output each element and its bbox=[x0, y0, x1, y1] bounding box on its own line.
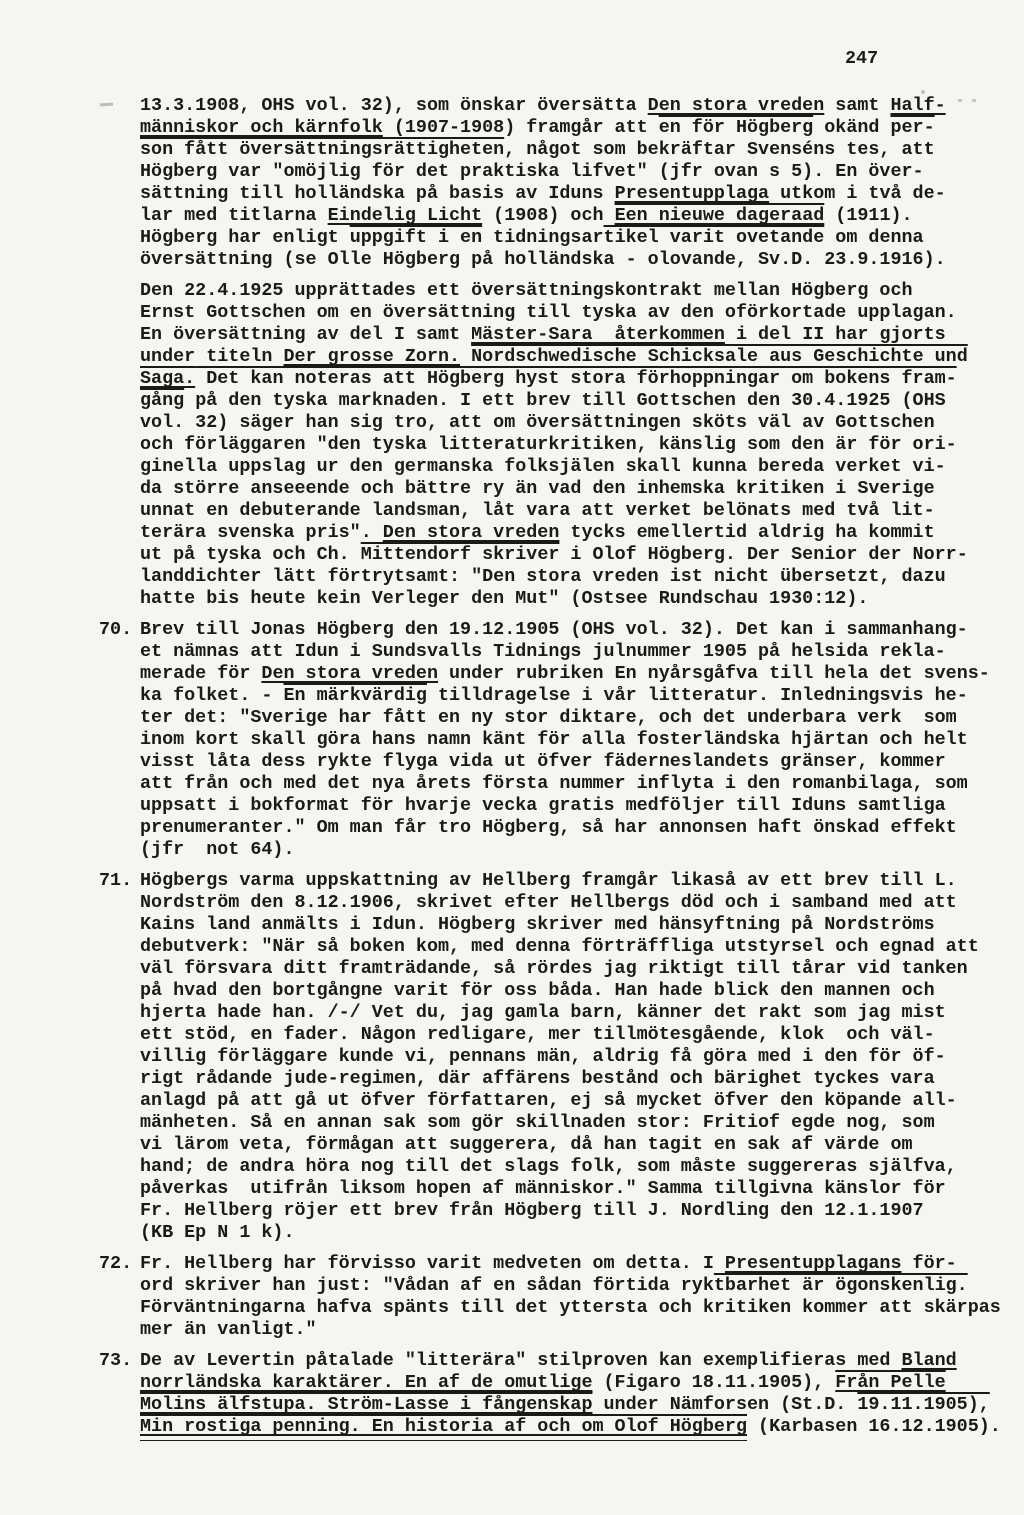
text-segment: mer än vanligt." bbox=[140, 1319, 317, 1340]
text-line: mer än vanligt." bbox=[140, 1319, 1014, 1341]
text-segment: tilldragelse i vår litteratur. Inledning… bbox=[427, 685, 968, 706]
text-segment: uppsatt i bokformat för hvarje vecka gra… bbox=[140, 795, 946, 816]
text-segment: Förväntningarna hafva spänts till det yt… bbox=[140, 1297, 1001, 1318]
note-body: De av Levertin påtalade "litterära" stil… bbox=[140, 1350, 1014, 1438]
text-segment: Högbergs varma uppskattning av Hellberg … bbox=[140, 870, 957, 891]
note-73: 73.De av Levertin påtalade "litterära" s… bbox=[99, 1350, 1014, 1438]
text-line: ett stöd, en fader. Någon redligare, mer… bbox=[140, 1024, 1014, 1046]
underlined-title: Från Pelle bbox=[835, 1372, 945, 1393]
text-line: visst låta dess rykte flyga vida ut öfve… bbox=[140, 751, 1014, 773]
text-segment: Högberg var "omöjlig för det praktiska l… bbox=[140, 161, 924, 182]
text-segment: et nämnas att Idun i Sundsvalls Tidnings… bbox=[140, 641, 946, 662]
note-body: Fr. Hellberg har förvisso varit medveten… bbox=[140, 1253, 1014, 1341]
text-segment: mänheten. Så en annan sak som gör skilln… bbox=[140, 1112, 935, 1133]
scan-speck bbox=[958, 99, 976, 102]
underlined-title: Den stora vreden bbox=[383, 522, 560, 543]
text-segment: ka folket. - bbox=[140, 685, 283, 706]
overlined-text: tbarhet är ögonskenlig. bbox=[714, 1275, 968, 1296]
text-line: landdichter lätt förtrytsamt: "Den stora… bbox=[140, 566, 1014, 588]
text-line: rigt rådande jude-regimen, där affärens … bbox=[140, 1068, 1014, 1090]
text-line: anlagd på att gå ut öfver författaren, e… bbox=[140, 1090, 1014, 1112]
note-number: 70. bbox=[99, 619, 140, 861]
text-line: Fr. Hellberg röjer ett brev från Högberg… bbox=[140, 1200, 1014, 1222]
underlined-title: Molins älfstupa. Ström-Lasse i fångenska… bbox=[140, 1394, 592, 1415]
text-line: ter det: "Sverige har fått en ny stor di… bbox=[140, 707, 1014, 729]
text-line: och förläggaren "den tyska litteraturkri… bbox=[140, 434, 1014, 456]
text-segment: tidningsar bbox=[482, 227, 603, 248]
text-segment: De av Levertin påtalade "litterära" stil… bbox=[140, 1350, 902, 1371]
text-segment: för- bbox=[902, 1253, 957, 1274]
text-segment: Fr. Hellberg har förvisso varit medveten… bbox=[140, 1253, 725, 1274]
text-segment: Fr. Hellberg röjer ett brev från Högberg… bbox=[140, 1200, 924, 1221]
text-line: et nämnas att Idun i Sundsvalls Tidnings… bbox=[140, 641, 1014, 663]
text-line: hand; de andra höra nog till det slags f… bbox=[140, 1156, 1014, 1178]
note-continuation-1: 13.3.1908, OHS vol. 32), som önskar över… bbox=[99, 95, 1014, 271]
text-line: påverkas utifrån liksom hopen af människ… bbox=[140, 1178, 1014, 1200]
text-line: sättning till holländska på basis av Idu… bbox=[140, 183, 1014, 205]
text-segment: unnat en debuterande landsman, låt vara … bbox=[140, 500, 935, 521]
text-line: på hvad den bortgångne varit för oss båd… bbox=[140, 980, 1014, 1002]
text-line: mänheten. Så en annan sak som gör skilln… bbox=[140, 1112, 1014, 1134]
text-segment: på den tyska marknaden. I ett brev till … bbox=[184, 390, 946, 411]
document-page: 247 13.3.1908, OHS vol. 32), som önskar … bbox=[0, 0, 1024, 1515]
underlined-title: Mäster-Sara återkommen bbox=[471, 324, 725, 345]
text-segment: okänd bbox=[813, 117, 890, 138]
text-line: människor och kärnfolk (1907-1908) framg… bbox=[140, 117, 1014, 139]
text-segment: anlagd på att gå ut öfver författaren, e… bbox=[140, 1090, 957, 1111]
text-line: Kains land anmälts i Idun. Högberg skriv… bbox=[140, 914, 1014, 936]
text-segment: En översättning av del I samt bbox=[140, 324, 471, 345]
text-segment: och förläggaren "den tyska litteraturkri… bbox=[140, 434, 957, 455]
text-segment: prenumeranter." Om man får tro Högberg, … bbox=[140, 817, 957, 838]
text-segment: vi lärom veta, förmågan att suggerera, d… bbox=[140, 1134, 913, 1155]
text-line: (KB Ep N 1 k). bbox=[140, 1222, 1014, 1244]
text-segment: påverkas utifrån liksom hopen af människ… bbox=[140, 1178, 946, 1199]
text-segment: om denna bbox=[824, 227, 923, 248]
text-line: da större anseeende och bättre ry än vad… bbox=[140, 478, 1014, 500]
text-line: Högberg var "omöjlig för det praktiska l… bbox=[140, 161, 1014, 183]
note-number: 73. bbox=[99, 1350, 140, 1438]
text-segment: ginella uppslag ur den germanska folksjä… bbox=[140, 456, 946, 477]
text-line: Förväntningarna hafva spänts till det yt… bbox=[140, 1297, 1014, 1319]
text-segment: under titeln bbox=[140, 346, 283, 367]
text-segment: väl försvara ditt framträdande, så rörde… bbox=[140, 958, 968, 979]
text-line: norrländska karaktärer. En af de omutlig… bbox=[140, 1372, 1014, 1394]
overlined-text: gång bbox=[140, 390, 184, 411]
overlined-text: son fått översättningsrättigheten bbox=[140, 139, 504, 160]
text-line: debutverk: "När så boken kom, med denna … bbox=[140, 936, 1014, 958]
text-segment: i Olof Högberg. Der Senior der Norr- bbox=[559, 544, 967, 565]
text-segment: att från och med det nya årets första nu… bbox=[140, 773, 968, 794]
text-line: Saga. Det kan noteras att Högberg hyst s… bbox=[140, 368, 1014, 390]
underlined-title: Bland bbox=[902, 1350, 957, 1371]
text-line: Molins älfstupa. Ström-Lasse i fångenska… bbox=[140, 1394, 1014, 1416]
underlined-title: Den stora vreden bbox=[261, 663, 438, 684]
text-line: Högberg har enligt uppgift i en tidnings… bbox=[140, 227, 1014, 249]
text-line: ut på tyska och Ch. Mittendorf skriver i… bbox=[140, 544, 1014, 566]
overlined-text: tikel varit ovetande bbox=[604, 227, 825, 248]
text-segment: samt bbox=[824, 95, 890, 116]
text-segment: Kains land anmälts i Idun. Högberg skriv… bbox=[140, 914, 935, 935]
overlined-text: En märkvärdig bbox=[283, 685, 426, 706]
text-segment: (KB Ep N 1 k). bbox=[140, 1222, 295, 1243]
page-number: 247 bbox=[845, 48, 878, 70]
text-line: inom kort skall göra hans namn känt för … bbox=[140, 729, 1014, 751]
text-line: Den 22.4.1925 upprättades ett översättni… bbox=[140, 280, 1014, 302]
text-segment bbox=[460, 346, 471, 367]
text-segment: ett stöd, en fader. Någon redligare, mer… bbox=[140, 1024, 935, 1045]
text-segment: 13.3.1908, OHS vol. 32), som önskar över… bbox=[140, 95, 648, 116]
underlined-title: människor och kärnfolk bbox=[140, 117, 383, 138]
note-body: 13.3.1908, OHS vol. 32), som önskar över… bbox=[140, 95, 1014, 271]
note-70: 70.Brev till Jonas Högberg den 19.12.190… bbox=[99, 619, 1014, 861]
text-segment: ut på tyska och Ch. bbox=[140, 544, 361, 565]
text-line: Min rostiga penning. En historia af och … bbox=[140, 1416, 1014, 1438]
overlined-text: en för Högberg bbox=[659, 117, 814, 138]
text-line: lar med titlarna Eindelig Licht (1908) o… bbox=[140, 205, 1014, 227]
text-line: En översättning av del I samt Mäster-Sar… bbox=[140, 324, 1014, 346]
text-line: terära svenska pris". Den stora vreden t… bbox=[140, 522, 1014, 544]
notes-area: 13.3.1908, OHS vol. 32), som önskar över… bbox=[99, 95, 1014, 1447]
text-line: merade för Den stora vreden under rubrik… bbox=[140, 663, 1014, 685]
text-segment: under rubriken En nyårsgåfva till hela d… bbox=[438, 663, 990, 684]
text-segment: (Karbasen 16.12.1905). bbox=[747, 1416, 1001, 1437]
text-line: under titeln Der grosse Zorn. Nordschwed… bbox=[140, 346, 1014, 368]
text-segment: Högberg har enligt bbox=[140, 227, 350, 248]
text-segment: hjerta hade han. /-/ Vet du, jag gamla b… bbox=[140, 1002, 946, 1023]
text-segment: Den 22.4.1925 upprättades ett översättni… bbox=[140, 280, 913, 301]
text-segment: översättning (se Olle Högberg på holländ… bbox=[140, 249, 946, 270]
note-number bbox=[99, 95, 140, 271]
text-line: väl försvara ditt framträdande, så rörde… bbox=[140, 958, 1014, 980]
text-line: ginella uppslag ur den germanska folksjä… bbox=[140, 456, 1014, 478]
text-segment: hand; de andra höra nog till det slags f… bbox=[140, 1156, 957, 1177]
underlined-title: Eindelig Licht bbox=[328, 205, 483, 226]
text-segment: utkom i två de- bbox=[769, 183, 946, 204]
text-line: Fr. Hellberg har förvisso varit medveten… bbox=[140, 1253, 1014, 1275]
underlined-title: Min rostiga penning. En historia af och … bbox=[140, 1416, 747, 1441]
scan-speck bbox=[921, 90, 925, 94]
text-line: vi lärom veta, förmågan att suggerera, d… bbox=[140, 1134, 1014, 1156]
text-segment: ord skriver han just: "Vådan af en sådan… bbox=[140, 1275, 714, 1296]
note-body: Den 22.4.1925 upprättades ett översättni… bbox=[140, 280, 1014, 610]
underlined-title: Presentupplagans bbox=[725, 1253, 902, 1274]
text-segment: (Figaro 18.11.1905), bbox=[592, 1372, 835, 1393]
text-line: gång på den tyska marknaden. I ett brev … bbox=[140, 390, 1014, 412]
text-segment: (1908) och bbox=[482, 205, 614, 226]
note-number: 72. bbox=[99, 1253, 140, 1341]
text-segment: debutverk: "När så boken kom, med denna … bbox=[140, 936, 979, 957]
underlined-title: Een nieuwe dageraad bbox=[615, 205, 825, 226]
text-line: 13.3.1908, OHS vol. 32), som önskar över… bbox=[140, 95, 1014, 117]
underlined-title: norrländska karaktärer. En af de omutlig… bbox=[140, 1372, 592, 1393]
text-line: son fått översättningsrättigheten, något… bbox=[140, 139, 1014, 161]
text-line: unnat en debuterande landsman, låt vara … bbox=[140, 500, 1014, 522]
text-line: villig förläggare kunde vi, pennans män,… bbox=[140, 1046, 1014, 1068]
note-continuation-2: Den 22.4.1925 upprättades ett översättni… bbox=[99, 280, 1014, 610]
text-segment: sättning till holländska på basis av Idu… bbox=[140, 183, 615, 204]
text-line: prenumeranter." Om man får tro Högberg, … bbox=[140, 817, 1014, 839]
text-segment: inom kort skall göra hans namn känt för … bbox=[140, 729, 968, 750]
text-line: hatte bis heute kein Verleger den Mut" (… bbox=[140, 588, 1014, 610]
text-segment: da större anseeende och bättre ry än vad… bbox=[140, 478, 935, 499]
text-line: Ernst Gottschen om en översättning till … bbox=[140, 302, 1014, 324]
text-line: Nordström den 8.12.1906, skrivet efter H… bbox=[140, 892, 1014, 914]
text-segment: på hvad den bortgångne varit för oss båd… bbox=[140, 980, 935, 1001]
underlined-title: Half- bbox=[890, 95, 945, 116]
text-line: vol. 32) säger han sig tro, att om övers… bbox=[140, 412, 1014, 434]
overlined-text: Det kan noteras att Högberg hyst stora f… bbox=[195, 368, 957, 389]
text-segment: lar med titlarna bbox=[140, 205, 328, 226]
text-segment: ter det: "Sverige har fått en ny stor di… bbox=[140, 707, 957, 728]
text-segment: (jfr not 64). bbox=[140, 839, 295, 860]
underlined-title: Der grosse Zorn. bbox=[283, 346, 460, 367]
text-segment: (1907-1908) framgår att bbox=[383, 117, 659, 138]
text-segment: Nordström den 8.12.1906, skrivet efter H… bbox=[140, 892, 957, 913]
text-line: (jfr not 64). bbox=[140, 839, 1014, 861]
overlined-text: per- bbox=[890, 117, 934, 138]
text-segment: rigt rådande jude-regimen, där affärens … bbox=[140, 1068, 935, 1089]
text-line: hjerta hade han. /-/ Vet du, jag gamla b… bbox=[140, 1002, 1014, 1024]
text-segment: tycks emellertid aldrig ha kommit bbox=[559, 522, 934, 543]
text-segment: visst låta dess rykte flyga vida ut öfve… bbox=[140, 751, 946, 772]
text-segment: , något som bekräftar Svenséns tes, att bbox=[504, 139, 934, 160]
overlined-text: 19.11.1905), bbox=[857, 1394, 989, 1415]
text-segment: merade för bbox=[140, 663, 261, 684]
text-segment: Ernst Gottschen om en översättning till … bbox=[140, 302, 957, 323]
overlined-text: Nordschwedische Schicksale aus Geschicht… bbox=[471, 346, 968, 367]
underlined-title: Saga. bbox=[140, 368, 195, 389]
text-segment: villig förläggare kunde vi, pennans män,… bbox=[140, 1046, 946, 1067]
text-line: De av Levertin påtalade "litterära" stil… bbox=[140, 1350, 1014, 1372]
overlined-text: uppgift i en bbox=[350, 227, 482, 248]
underlined-title: Den stora vreden bbox=[648, 95, 825, 116]
text-segment: terära svenska pris". bbox=[140, 522, 383, 543]
text-line: Högbergs varma uppskattning av Hellberg … bbox=[140, 870, 1014, 892]
overlined-text: Mittendorf skriver bbox=[361, 544, 560, 565]
note-number: 71. bbox=[99, 870, 140, 1244]
text-segment: i del II har gjorts bbox=[725, 324, 946, 345]
note-71: 71.Högbergs varma uppskattning av Hellbe… bbox=[99, 870, 1014, 1244]
note-72: 72.Fr. Hellberg har förvisso varit medve… bbox=[99, 1253, 1014, 1341]
text-segment: Brev till Jonas Högberg den 19.12.1905 (… bbox=[140, 619, 968, 640]
text-segment: (1911). bbox=[824, 205, 912, 226]
note-number bbox=[99, 280, 140, 610]
text-line: att från och med det nya årets första nu… bbox=[140, 773, 1014, 795]
note-body: Brev till Jonas Högberg den 19.12.1905 (… bbox=[140, 619, 1014, 861]
text-segment: under Nämforsen (St.D. bbox=[592, 1394, 857, 1415]
text-segment: landdichter lätt förtrytsamt: "Den stora… bbox=[140, 566, 946, 587]
text-line: översättning (se Olle Högberg på holländ… bbox=[140, 249, 1014, 271]
underlined-title: Presentupplaga bbox=[615, 183, 770, 204]
note-body: Högbergs varma uppskattning av Hellberg … bbox=[140, 870, 1014, 1244]
text-line: uppsatt i bokformat för hvarje vecka gra… bbox=[140, 795, 1014, 817]
text-segment: hatte bis heute kein Verleger den Mut" (… bbox=[140, 588, 868, 609]
text-line: ka folket. - En märkvärdig tilldragelse … bbox=[140, 685, 1014, 707]
text-segment: vol. 32) säger han sig tro, att om övers… bbox=[140, 412, 935, 433]
text-line: Brev till Jonas Högberg den 19.12.1905 (… bbox=[140, 619, 1014, 641]
text-line: ord skriver han just: "Vådan af en sådan… bbox=[140, 1275, 1014, 1297]
